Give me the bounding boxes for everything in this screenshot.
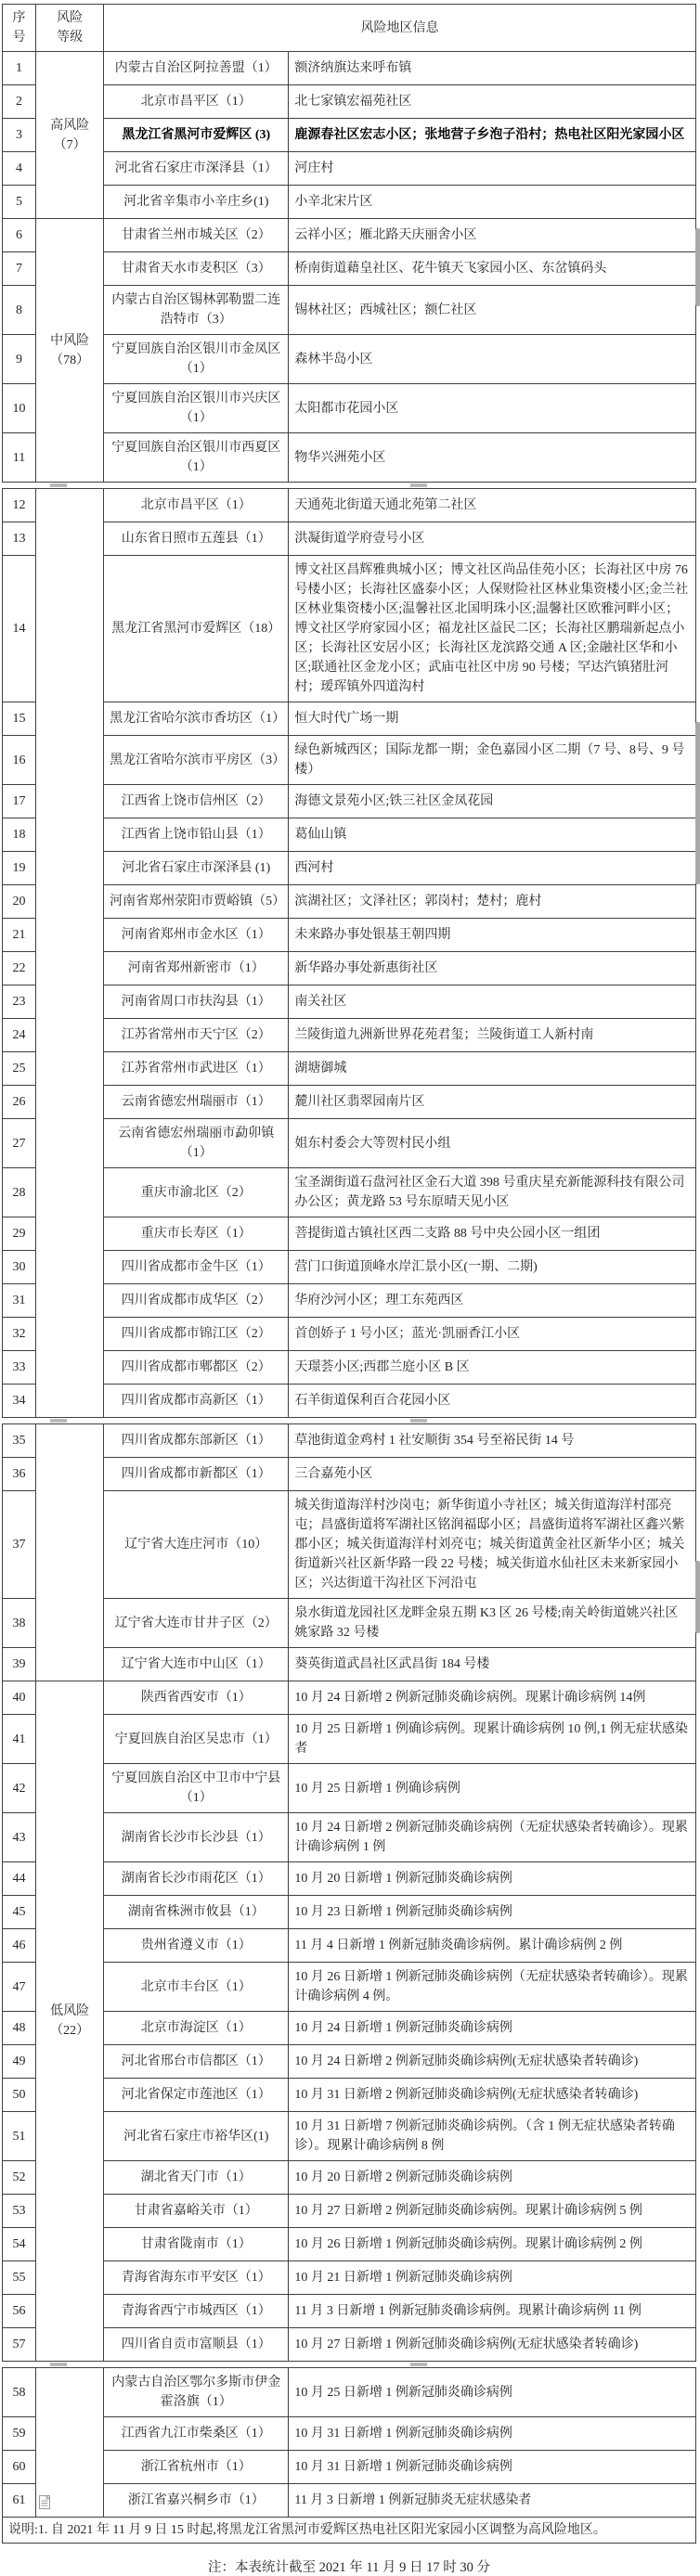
area-info-cell: 物华兴洲苑小区 xyxy=(289,433,696,483)
row-index-cell: 60 xyxy=(3,2451,36,2484)
table-row: 21河南省郑州市金水区（1）未来路办事处银基王朝四期 xyxy=(3,919,696,952)
area-info-cell: 首创娇子 1 号小区；蓝光·凯丽香江小区 xyxy=(289,1318,696,1351)
table-row: 25江苏省常州市武进区（1）湖塘御城 xyxy=(3,1052,696,1086)
area-info-cell: 石羊街道保利百合花园小区 xyxy=(289,1385,696,1418)
row-index-cell: 44 xyxy=(3,1862,36,1896)
statistics-cutoff-note: 注：本表统计截至 2021 年 11 月 9 日 17 时 30 分 xyxy=(2,2557,696,2576)
area-info-cell: 南关社区 xyxy=(289,985,696,1019)
region-cell: 宁夏回族自治区吴忠市（1） xyxy=(104,1715,289,1764)
area-info-cell: 北七家镇宏福苑社区 xyxy=(289,85,696,119)
header-serial-number: 序号 xyxy=(3,5,36,52)
table-row: 42宁夏回族自治区中卫市中宁县（1）10 月 25 日新增 1 例确诊病例 xyxy=(3,1764,696,1813)
area-info-cell: 华府沙河小区；理工东苑西区 xyxy=(289,1284,696,1318)
area-info-cell: 兰陵街道九洲新世界花苑君玺；兰陵街道工人新村南 xyxy=(289,1019,696,1052)
area-info-cell: 10 月 24 日新增 2 例新冠肺炎确诊病例（无症状感染者转确诊）。现累计确诊… xyxy=(289,1813,696,1862)
risk-level-label: 低风险 xyxy=(38,2002,101,2021)
table-footnote: 说明:1. 自 2021 年 11 月 9 日 15 时起,将黑龙江省黑河市爱辉… xyxy=(3,2518,696,2544)
risk-table-segment: 12北京市昌平区（1）天通苑北街道天通北苑第二社区13山东省日照市五莲县（1）洪… xyxy=(2,488,696,1418)
risk-level-cell xyxy=(36,489,104,1418)
table-row: 2北京市昌平区（1）北七家镇宏福苑社区 xyxy=(3,85,696,119)
row-index-cell: 47 xyxy=(3,1963,36,2012)
area-info-cell: 城关街道海洋村沙岗屯；新华街道小寺社区；城关街道海洋村邵亮屯；昌盛街道将军湖社区… xyxy=(289,1491,696,1599)
table-row: 20河南省郑州荥阳市贾峪镇（5）滨湖社区；文泽社区；郭岗村；楚村；鹿村 xyxy=(3,885,696,919)
row-index-cell: 29 xyxy=(3,1217,36,1251)
area-info-cell: 绿色新城西区；国际龙都一期；金色嘉园小区二期（7 号、8号、9 号楼） xyxy=(289,736,696,785)
table-row: 10宁夏回族自治区银川市兴庆区（1）太阳都市花园小区 xyxy=(3,384,696,433)
table-row: 11宁夏回族自治区银川市西夏区（1）物华兴洲苑小区 xyxy=(3,433,696,483)
page-break-marker xyxy=(50,1419,67,1423)
area-info-cell: 10 月 24 日新增 2 例新冠肺炎确诊病例(无症状感染者转确诊) xyxy=(289,2045,696,2079)
risk-area-report-page: 序号风险等级风险地区信息1高风险（7）内蒙古自治区阿拉善盟（1）额济纳旗达来呼布… xyxy=(0,0,700,2576)
row-index-cell: 48 xyxy=(3,2012,36,2045)
row-index-cell: 15 xyxy=(3,702,36,736)
area-info-cell: 10 月 21 日新增 1 例新冠肺炎确诊病例 xyxy=(289,2261,696,2295)
area-info-cell: 菩提街道古镇社区西二支路 88 号中央公园小区一组团 xyxy=(289,1217,696,1251)
risk-level-cell xyxy=(36,2368,104,2518)
area-info-cell: 10 月 24 日新增 2 例新冠肺炎确诊病例。现累计确诊病例 14例 xyxy=(289,1681,696,1715)
table-row: 15黑龙江省哈尔滨市香坊区（1）恒大时代广场一期 xyxy=(3,702,696,736)
area-info-cell: 未来路办事处银基王朝四期 xyxy=(289,919,696,952)
area-info-cell: 10 月 27 日新增 1 例新冠肺炎确诊病例(无症状感染者转确诊) xyxy=(289,2328,696,2362)
table-row: 38辽宁省大连市甘井子区（2）泉水街道龙园社区龙畔金泉五期 K3 区 26 号楼… xyxy=(3,1599,696,1648)
row-index-cell: 40 xyxy=(3,1681,36,1715)
region-cell: 四川省成都市新都区（1） xyxy=(104,1458,289,1491)
header-serial-number-line: 号 xyxy=(5,28,33,47)
region-cell: 北京市昌平区（1） xyxy=(104,489,289,522)
page-break-marker xyxy=(410,1419,427,1423)
region-cell: 宁夏回族自治区中卫市中宁县（1） xyxy=(104,1764,289,1813)
row-index-cell: 56 xyxy=(3,2295,36,2328)
risk-table-segment: 58内蒙古自治区鄂尔多斯市伊金霍洛旗（1）10 月 25 日新增 1 例新冠肺炎… xyxy=(2,2367,696,2544)
header-risk-area-info: 风险地区信息 xyxy=(104,5,696,52)
area-info-cell: 10 月 31 日新增 1 例新冠肺炎确诊病例 xyxy=(289,2451,696,2484)
risk-level-cell: 中风险（78） xyxy=(36,219,104,483)
page-break-gap xyxy=(2,2362,696,2367)
table-row: 30四川省成都市金牛区（1）营门口街道顶峰水岸汇景小区(一期、二期) xyxy=(3,1251,696,1284)
table-row: 6中风险（78）甘肃省兰州市城关区（2）云祥小区；雁北路天庆丽舍小区 xyxy=(3,219,696,252)
region-cell: 河北省石家庄市深泽县 (1) xyxy=(104,852,289,885)
region-cell: 贵州省遵义市（1） xyxy=(104,1929,289,1963)
table-row: 33四川省成都市郫都区（2）天璟荟小区;西郡兰庭小区 B 区 xyxy=(3,1351,696,1385)
region-cell: 江西省上饶市信州区（2） xyxy=(104,785,289,818)
region-cell: 江西省上饶市铅山县（1） xyxy=(104,818,289,852)
page-break-gap xyxy=(2,483,696,488)
area-info-cell: 10 月 25 日新增 1 例新冠肺炎确诊病例 xyxy=(289,2368,696,2417)
row-index-cell: 52 xyxy=(3,2161,36,2195)
region-cell: 青海省西宁市城西区（1） xyxy=(104,2295,289,2328)
row-index-cell: 18 xyxy=(3,818,36,852)
region-cell: 湖南省长沙市长沙县（1） xyxy=(104,1813,289,1862)
row-index-cell: 30 xyxy=(3,1251,36,1284)
region-cell: 河南省郑州新密市（1） xyxy=(104,952,289,985)
table-row: 55青海省海东市平安区（1）10 月 21 日新增 1 例新冠肺炎确诊病例 xyxy=(3,2261,696,2295)
region-cell: 四川省成都市郫都区（2） xyxy=(104,1351,289,1385)
region-cell: 浙江省嘉兴桐乡市（1） xyxy=(104,2484,289,2518)
region-cell: 湖南省长沙市雨花区（1） xyxy=(104,1862,289,1896)
row-index-cell: 57 xyxy=(3,2328,36,2362)
area-info-cell: 桥南街道藉皇社区、花牛镇天飞家园小区、东岔镇码头 xyxy=(289,252,696,286)
region-cell: 辽宁省大连市甘井子区（2） xyxy=(104,1599,289,1648)
row-index-cell: 16 xyxy=(3,736,36,785)
risk-table-segment: 35四川省成都东部新区（1）草池街道金鸡村 1 社安顺街 354 号至裕民街 1… xyxy=(2,1423,696,2362)
page-break-marker xyxy=(410,2363,427,2366)
region-cell: 青海省海东市平安区（1） xyxy=(104,2261,289,2295)
area-info-cell: 宝圣湖街道石盘河社区金石大道 398 号重庆星充新能源科技有限公司办公区；黄龙路… xyxy=(289,1168,696,1217)
table-row: 1高风险（7）内蒙古自治区阿拉善盟（1）额济纳旗达来呼布镇 xyxy=(3,52,696,85)
table-row: 7甘肃省天水市麦积区（3）桥南街道藉皇社区、花牛镇天飞家园小区、东岔镇码头 xyxy=(3,252,696,286)
table-row: 44湖南省长沙市雨花区（1）10 月 20 日新增 1 例新冠肺炎确诊病例 xyxy=(3,1862,696,1896)
risk-level-cell: 低风险（22） xyxy=(36,1681,104,2362)
row-index-cell: 27 xyxy=(3,1119,36,1168)
area-info-cell: 锡林社区；西城社区；额仁社区 xyxy=(289,286,696,335)
row-index-cell: 24 xyxy=(3,1019,36,1052)
row-index-cell: 54 xyxy=(3,2228,36,2261)
table-row: 56青海省西宁市城西区（1）11 月 3 日新增 1 例新冠肺炎确诊病例。现累计… xyxy=(3,2295,696,2328)
row-index-cell: 59 xyxy=(3,2417,36,2451)
table-row: 45湖南省株洲市攸县（1）10 月 23 日新增 1 例新冠肺炎确诊病例 xyxy=(3,1896,696,1929)
region-cell: 甘肃省陇南市（1） xyxy=(104,2228,289,2261)
row-index-cell: 46 xyxy=(3,1929,36,1963)
table-row: 32四川省成都市锦江区（2）首创娇子 1 号小区；蓝光·凯丽香江小区 xyxy=(3,1318,696,1351)
table-row: 59江西省九江市柴桑区（1）10 月 31 日新增 1 例新冠肺炎确诊病例 xyxy=(3,2417,696,2451)
area-info-cell: 鹿源春社区宏志小区；张地营子乡泡子沿村；热电社区阳光家园小区 xyxy=(289,119,696,152)
region-cell: 重庆市长寿区（1） xyxy=(104,1217,289,1251)
table-row: 18江西省上饶市铅山县（1）葛仙山镇 xyxy=(3,818,696,852)
region-cell: 湖南省株洲市攸县（1） xyxy=(104,1896,289,1929)
row-index-cell: 41 xyxy=(3,1715,36,1764)
header-risk-level-line: 风险 xyxy=(38,8,101,28)
region-cell: 江苏省常州市武进区（1） xyxy=(104,1052,289,1086)
area-info-cell: 滨湖社区；文泽社区；郭岗村；楚村；鹿村 xyxy=(289,885,696,919)
region-cell: 河北省邢台市信都区（1） xyxy=(104,2045,289,2079)
row-index-cell: 25 xyxy=(3,1052,36,1086)
header-risk-area-info-line: 风险地区信息 xyxy=(106,19,694,38)
area-info-cell: 博文社区昌辉雅典城小区；博文社区尚品佳苑小区；长海社区中房 76 号楼小区；长海… xyxy=(289,556,696,702)
page-break-marker xyxy=(410,483,427,487)
table-row: 39辽宁省大连市中山区（1）葵英街道武昌社区武昌街 184 号楼 xyxy=(3,1648,696,1681)
area-info-cell: 湖塘御城 xyxy=(289,1052,696,1086)
table-row: 16黑龙江省哈尔滨市平房区（3）绿色新城西区；国际龙都一期；金色嘉园小区二期（7… xyxy=(3,736,696,785)
risk-table-segment: 序号风险等级风险地区信息1高风险（7）内蒙古自治区阿拉善盟（1）额济纳旗达来呼布… xyxy=(2,4,696,483)
area-info-cell: 10 月 31 日新增 2 例新冠肺炎确诊病例(无症状感染者转确诊) xyxy=(289,2079,696,2112)
row-index-cell: 17 xyxy=(3,785,36,818)
region-cell: 宁夏回族自治区银川市西夏区（1） xyxy=(104,433,289,483)
area-info-cell: 西河村 xyxy=(289,852,696,885)
area-info-cell: 河庄村 xyxy=(289,152,696,186)
row-index-cell: 6 xyxy=(3,219,36,252)
area-info-cell: 洪凝街道学府壹号小区 xyxy=(289,522,696,556)
row-index-cell: 33 xyxy=(3,1351,36,1385)
table-row: 19河北省石家庄市深泽县 (1)西河村 xyxy=(3,852,696,885)
row-index-cell: 23 xyxy=(3,985,36,1019)
row-index-cell: 13 xyxy=(3,522,36,556)
table-row: 37辽宁省大连庄河市（10）城关街道海洋村沙岗屯；新华街道小寺社区；城关街道海洋… xyxy=(3,1491,696,1599)
row-index-cell: 19 xyxy=(3,852,36,885)
region-cell: 山东省日照市五莲县（1） xyxy=(104,522,289,556)
row-index-cell: 58 xyxy=(3,2368,36,2417)
region-cell: 黑龙江省黑河市爱辉区（18） xyxy=(104,556,289,702)
region-cell: 河南省周口市扶沟县（1） xyxy=(104,985,289,1019)
area-info-cell: 10 月 25 日新增 1 例确诊病例 xyxy=(289,1764,696,1813)
table-row: 43湖南省长沙市长沙县（1）10 月 24 日新增 2 例新冠肺炎确诊病例（无症… xyxy=(3,1813,696,1862)
area-info-cell: 10 月 24 日新增 1 例新冠肺炎确诊病例 xyxy=(289,2012,696,2045)
table-row: 26云南省德宏州瑞丽市（1）麓川社区翡翠园南片区 xyxy=(3,1086,696,1119)
row-index-cell: 1 xyxy=(3,52,36,85)
row-index-cell: 31 xyxy=(3,1284,36,1318)
area-info-cell: 10 月 25 日新增 1 例确诊病例。现累计确诊病例 10 例,1 例无症状感… xyxy=(289,1715,696,1764)
region-cell: 四川省成都市成华区（2） xyxy=(104,1284,289,1318)
row-index-cell: 9 xyxy=(3,335,36,384)
area-info-cell: 云祥小区；雁北路天庆丽舍小区 xyxy=(289,219,696,252)
row-index-cell: 2 xyxy=(3,85,36,119)
row-index-cell: 39 xyxy=(3,1648,36,1681)
table-row: 54甘肃省陇南市（1）10 月 26 日新增 1 例新冠肺炎确诊病例。现累计确诊… xyxy=(3,2228,696,2261)
table-row: 24江苏省常州市天宁区（2）兰陵街道九洲新世界花苑君玺；兰陵街道工人新村南 xyxy=(3,1019,696,1052)
row-index-cell: 28 xyxy=(3,1168,36,1217)
page-break-marker xyxy=(50,2363,67,2366)
row-index-cell: 20 xyxy=(3,885,36,919)
risk-level-label: （78） xyxy=(38,351,101,370)
risk-level-label: （22） xyxy=(38,2021,101,2041)
row-index-cell: 12 xyxy=(3,489,36,522)
row-index-cell: 21 xyxy=(3,919,36,952)
row-index-cell: 11 xyxy=(3,433,36,483)
table-row: 12北京市昌平区（1）天通苑北街道天通北苑第二社区 xyxy=(3,489,696,522)
row-index-cell: 35 xyxy=(3,1424,36,1458)
area-info-cell: 10 月 20 日新增 1 例新冠肺炎确诊病例 xyxy=(289,1862,696,1896)
table-row: 57四川省自贡市富顺县（1）10 月 27 日新增 1 例新冠肺炎确诊病例(无症… xyxy=(3,2328,696,2362)
row-index-cell: 5 xyxy=(3,186,36,219)
area-info-cell: 森林半岛小区 xyxy=(289,335,696,384)
area-info-cell: 三合嘉苑小区 xyxy=(289,1458,696,1491)
area-info-cell: 太阳都市花园小区 xyxy=(289,384,696,433)
risk-area-table: 序号风险等级风险地区信息1高风险（7）内蒙古自治区阿拉善盟（1）额济纳旗达来呼布… xyxy=(2,4,697,2544)
table-row: 29重庆市长寿区（1）菩提街道古镇社区西二支路 88 号中央公园小区一组团 xyxy=(3,1217,696,1251)
table-row: 27云南省德宏州瑞丽市勐卯镇（1）姐东村委会大等贺村民小组 xyxy=(3,1119,696,1168)
region-cell: 陕西省西安市（1） xyxy=(104,1681,289,1715)
page-break-marker xyxy=(50,483,67,487)
scrollbar-artifact xyxy=(695,1561,700,1633)
area-info-cell: 10 月 20 日新增 2 例新冠肺炎确诊病例 xyxy=(289,2161,696,2195)
table-row: 49河北省邢台市信都区（1）10 月 24 日新增 2 例新冠肺炎确诊病例(无症… xyxy=(3,2045,696,2079)
header-row: 序号风险等级风险地区信息 xyxy=(3,5,696,52)
row-index-cell: 38 xyxy=(3,1599,36,1648)
row-index-cell: 51 xyxy=(3,2112,36,2161)
row-index-cell: 50 xyxy=(3,2079,36,2112)
scrollbar-artifact xyxy=(695,722,700,884)
area-info-cell: 姐东村委会大等贺村民小组 xyxy=(289,1119,696,1168)
region-cell: 四川省成都东部新区（1） xyxy=(104,1424,289,1458)
table-row: 52湖北省天门市（1）10 月 20 日新增 2 例新冠肺炎确诊病例 xyxy=(3,2161,696,2195)
area-info-cell: 麓川社区翡翠园南片区 xyxy=(289,1086,696,1119)
table-row: 8内蒙古自治区锡林郭勒盟二连浩特市（3）锡林社区；西城社区；额仁社区 xyxy=(3,286,696,335)
table-row: 46贵州省遵义市（1）11 月 4 日新增 1 例新冠肺炎确诊病例。累计确诊病例… xyxy=(3,1929,696,1963)
region-cell: 甘肃省兰州市城关区（2） xyxy=(104,219,289,252)
region-cell: 云南省德宏州瑞丽市勐卯镇（1） xyxy=(104,1119,289,1168)
region-cell: 黑龙江省哈尔滨市香坊区（1） xyxy=(104,702,289,736)
header-risk-level: 风险等级 xyxy=(36,5,104,52)
region-cell: 重庆市渝北区（2） xyxy=(104,1168,289,1217)
table-row: 35四川省成都东部新区（1）草池街道金鸡村 1 社安顺街 354 号至裕民街 1… xyxy=(3,1424,696,1458)
row-index-cell: 43 xyxy=(3,1813,36,1862)
row-index-cell: 55 xyxy=(3,2261,36,2295)
region-cell: 北京市丰台区（1） xyxy=(104,1963,289,2012)
header-risk-level-line: 等级 xyxy=(38,28,101,47)
region-cell: 河北省石家庄市裕华区(1) xyxy=(104,2112,289,2161)
region-cell: 四川省成都市锦江区（2） xyxy=(104,1318,289,1351)
area-info-cell: 泉水街道龙园社区龙畔金泉五期 K3 区 26 号楼;南关岭街道姚兴社区姚家路 3… xyxy=(289,1599,696,1648)
area-info-cell: 营门口街道顶峰水岸汇景小区(一期、二期) xyxy=(289,1251,696,1284)
footnote-row: 说明:1. 自 2021 年 11 月 9 日 15 时起,将黑龙江省黑河市爱辉… xyxy=(3,2518,696,2544)
region-cell: 辽宁省大连庄河市（10） xyxy=(104,1491,289,1599)
region-cell: 湖北省天门市（1） xyxy=(104,2161,289,2195)
area-info-cell: 11 月 3 日新增 1 例新冠肺炎确诊病例。现累计确诊病例 11 例 xyxy=(289,2295,696,2328)
area-info-cell: 葛仙山镇 xyxy=(289,818,696,852)
page-break-gap xyxy=(2,1418,696,1423)
scrollbar-artifact xyxy=(695,228,700,306)
row-index-cell: 61 xyxy=(3,2484,36,2518)
table-row: 60浙江省杭州市（1）10 月 31 日新增 1 例新冠肺炎确诊病例 xyxy=(3,2451,696,2484)
region-cell: 甘肃省天水市麦积区（3） xyxy=(104,252,289,286)
row-index-cell: 4 xyxy=(3,152,36,186)
region-cell: 河北省保定市莲池区（1） xyxy=(104,2079,289,2112)
risk-level-cell xyxy=(36,1424,104,1681)
row-index-cell: 32 xyxy=(3,1318,36,1351)
row-index-cell: 34 xyxy=(3,1385,36,1418)
region-cell: 河北省石家庄市深泽县（1） xyxy=(104,152,289,186)
region-cell: 云南省德宏州瑞丽市（1） xyxy=(104,1086,289,1119)
table-row: 48北京市海淀区（1）10 月 24 日新增 1 例新冠肺炎确诊病例 xyxy=(3,2012,696,2045)
area-info-cell: 额济纳旗达来呼布镇 xyxy=(289,52,696,85)
table-row: 34四川省成都市高新区（1）石羊街道保利百合花园小区 xyxy=(3,1385,696,1418)
table-row: 22河南省郑州新密市（1）新华路办事处新惠街社区 xyxy=(3,952,696,985)
table-row: 5河北省辛集市小辛庄乡(1)小辛北宋片区 xyxy=(3,186,696,219)
region-cell: 四川省自贡市富顺县（1） xyxy=(104,2328,289,2362)
row-index-cell: 3 xyxy=(3,119,36,152)
table-row: 3黑龙江省黑河市爱辉区 (3)鹿源春社区宏志小区；张地营子乡泡子沿村；热电社区阳… xyxy=(3,119,696,152)
area-info-cell: 11 月 4 日新增 1 例新冠肺炎确诊病例。累计确诊病例 2 例 xyxy=(289,1929,696,1963)
area-info-cell: 天璟荟小区;西郡兰庭小区 B 区 xyxy=(289,1351,696,1385)
region-cell: 内蒙古自治区阿拉善盟（1） xyxy=(104,52,289,85)
area-info-cell: 10 月 31 日新增 7 例新冠肺炎确诊病例。（含 1 例无症状感染者转确诊）… xyxy=(289,2112,696,2161)
risk-level-label: （7） xyxy=(38,135,101,155)
table-row: 40低风险（22）陕西省西安市（1）10 月 24 日新增 2 例新冠肺炎确诊病… xyxy=(3,1681,696,1715)
table-row: 4河北省石家庄市深泽县（1）河庄村 xyxy=(3,152,696,186)
risk-level-label: 高风险 xyxy=(38,116,101,135)
region-cell: 北京市昌平区（1） xyxy=(104,85,289,119)
row-index-cell: 42 xyxy=(3,1764,36,1813)
area-info-cell: 10 月 26 日新增 1 例新冠肺炎确诊病例。现累计确诊病例 2 例 xyxy=(289,2228,696,2261)
region-cell: 浙江省杭州市（1） xyxy=(104,2451,289,2484)
table-row: 53甘肃省嘉峪关市（1）10 月 27 日新增 2 例新冠肺炎确诊病例。现累计确… xyxy=(3,2195,696,2228)
area-info-cell: 11 月 3 日新增 1 例新冠肺炎无症状感染者 xyxy=(289,2484,696,2518)
region-cell: 河南省郑州市金水区（1） xyxy=(104,919,289,952)
row-index-cell: 53 xyxy=(3,2195,36,2228)
header-serial-number-line: 序 xyxy=(5,8,33,28)
row-index-cell: 7 xyxy=(3,252,36,286)
region-cell: 北京市海淀区（1） xyxy=(104,2012,289,2045)
region-cell: 甘肃省嘉峪关市（1） xyxy=(104,2195,289,2228)
table-row: 9宁夏回族自治区银川市金凤区（1）森林半岛小区 xyxy=(3,335,696,384)
row-index-cell: 36 xyxy=(3,1458,36,1491)
region-cell: 辽宁省大连市中山区（1） xyxy=(104,1648,289,1681)
region-cell: 江苏省常州市天宁区（2） xyxy=(104,1019,289,1052)
risk-level-cell: 高风险（7） xyxy=(36,52,104,219)
table-row: 28重庆市渝北区（2）宝圣湖街道石盘河社区金石大道 398 号重庆星充新能源科技… xyxy=(3,1168,696,1217)
region-cell: 河南省郑州荥阳市贾峪镇（5） xyxy=(104,885,289,919)
row-index-cell: 37 xyxy=(3,1491,36,1599)
risk-level-label: 中风险 xyxy=(38,331,101,351)
area-info-cell: 海德文景苑小区;铁三社区金凤花园 xyxy=(289,785,696,818)
region-cell: 江西省九江市柴桑区（1） xyxy=(104,2417,289,2451)
area-info-cell: 恒大时代广场一期 xyxy=(289,702,696,736)
region-cell: 宁夏回族自治区银川市兴庆区（1） xyxy=(104,384,289,433)
area-info-cell: 10 月 31 日新增 1 例新冠肺炎确诊病例 xyxy=(289,2417,696,2451)
row-index-cell: 45 xyxy=(3,1896,36,1929)
row-index-cell: 49 xyxy=(3,2045,36,2079)
table-row: 13山东省日照市五莲县（1）洪凝街道学府壹号小区 xyxy=(3,522,696,556)
area-info-cell: 葵英街道武昌社区武昌街 184 号楼 xyxy=(289,1648,696,1681)
row-index-cell: 14 xyxy=(3,556,36,702)
table-row: 51河北省石家庄市裕华区(1)10 月 31 日新增 7 例新冠肺炎确诊病例。（… xyxy=(3,2112,696,2161)
area-info-cell: 小辛北宋片区 xyxy=(289,186,696,219)
region-cell: 黑龙江省黑河市爱辉区 (3) xyxy=(104,119,289,152)
area-info-cell: 天通苑北街道天通北苑第二社区 xyxy=(289,489,696,522)
region-cell: 宁夏回族自治区银川市金凤区（1） xyxy=(104,335,289,384)
table-row: 41宁夏回族自治区吴忠市（1）10 月 25 日新增 1 例确诊病例。现累计确诊… xyxy=(3,1715,696,1764)
table-row: 47北京市丰台区（1）10 月 26 日新增 1 例新冠肺炎确诊病例（无症状感染… xyxy=(3,1963,696,2012)
row-index-cell: 8 xyxy=(3,286,36,335)
paste-icon xyxy=(38,2494,53,2511)
table-row: 14黑龙江省黑河市爱辉区（18）博文社区昌辉雅典城小区；博文社区尚品佳苑小区；长… xyxy=(3,556,696,702)
area-info-cell: 10 月 26 日新增 1 例新冠肺炎确诊病例（无症状感染者转确诊）。现累计确诊… xyxy=(289,1963,696,2012)
table-row: 31四川省成都市成华区（2）华府沙河小区；理工东苑西区 xyxy=(3,1284,696,1318)
table-row: 17江西省上饶市信州区（2）海德文景苑小区;铁三社区金凤花园 xyxy=(3,785,696,818)
region-cell: 黑龙江省哈尔滨市平房区（3） xyxy=(104,736,289,785)
area-info-cell: 10 月 27 日新增 2 例新冠肺炎确诊病例。现累计确诊病例 5 例 xyxy=(289,2195,696,2228)
region-cell: 河北省辛集市小辛庄乡(1) xyxy=(104,186,289,219)
table-row: 58内蒙古自治区鄂尔多斯市伊金霍洛旗（1）10 月 25 日新增 1 例新冠肺炎… xyxy=(3,2368,696,2417)
region-cell: 四川省成都市金牛区（1） xyxy=(104,1251,289,1284)
area-info-cell: 新华路办事处新惠街社区 xyxy=(289,952,696,985)
row-index-cell: 22 xyxy=(3,952,36,985)
row-index-cell: 26 xyxy=(3,1086,36,1119)
region-cell: 内蒙古自治区鄂尔多斯市伊金霍洛旗（1） xyxy=(104,2368,289,2417)
table-row: 23河南省周口市扶沟县（1）南关社区 xyxy=(3,985,696,1019)
table-row: 50河北省保定市莲池区（1）10 月 31 日新增 2 例新冠肺炎确诊病例(无症… xyxy=(3,2079,696,2112)
region-cell: 四川省成都市高新区（1） xyxy=(104,1385,289,1418)
table-row: 36四川省成都市新都区（1）三合嘉苑小区 xyxy=(3,1458,696,1491)
row-index-cell: 10 xyxy=(3,384,36,433)
area-info-cell: 草池街道金鸡村 1 社安顺街 354 号至裕民街 14 号 xyxy=(289,1424,696,1458)
table-row: 61浙江省嘉兴桐乡市（1）11 月 3 日新增 1 例新冠肺炎无症状感染者 xyxy=(3,2484,696,2518)
area-info-cell: 10 月 23 日新增 1 例新冠肺炎确诊病例 xyxy=(289,1896,696,1929)
region-cell: 内蒙古自治区锡林郭勒盟二连浩特市（3） xyxy=(104,286,289,335)
